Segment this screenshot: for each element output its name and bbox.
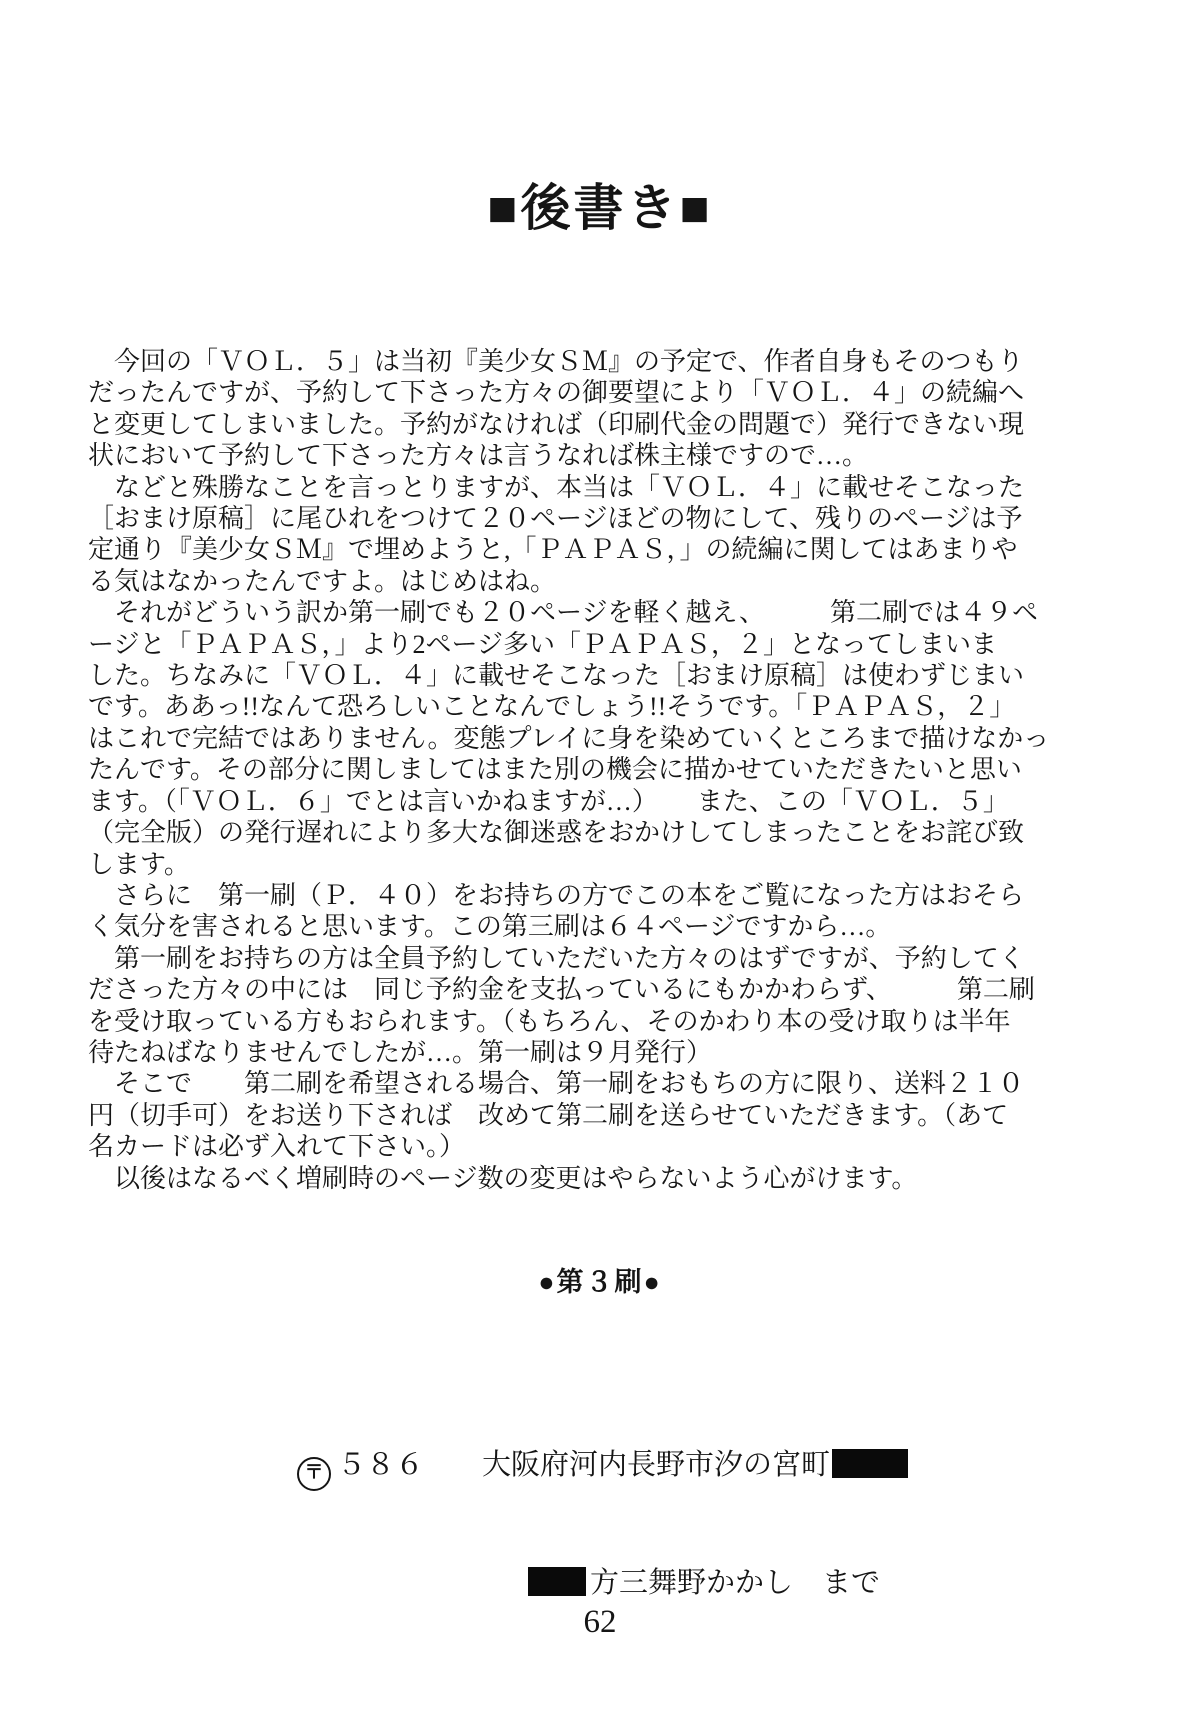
address-suffix: まで: [793, 1567, 880, 1599]
body-text-line: だったんですが、予約して下さった方々の御要望により「ＶＯＬ．４」の続編へ: [88, 377, 1123, 408]
body-text-line: さらに 第一刷（Ｐ．４０）をお持ちの方でこの本をご覧になった方はおそら: [88, 880, 1123, 911]
body-text-line: そこで 第二刷を希望される場合、第一刷をおもちの方に限り、送料２１０: [88, 1068, 1123, 1099]
body-text-line: それがどういう訳か第一刷でも２０ページを軽く越え、 第二刷では４９ペ: [88, 597, 1123, 628]
body-text-line: 状において予約して下さった方々は言うなれば株主様ですので…。: [88, 440, 1123, 471]
page-number: 62: [0, 1604, 1200, 1641]
redaction-box: [528, 1567, 586, 1596]
body-text-line: 今回の「ＶＯＬ．５」は当初『美少女ＳＭ』の予定で、作者自身もそのつもり: [88, 346, 1123, 377]
body-text-line: などと殊勝なことを言っとりますが、本当は「ＶＯＬ．４」に載せそこなった: [88, 472, 1123, 503]
body-text-line: 名カードは必ず入れて下さい。）: [88, 1131, 1123, 1162]
body-text-line: ださった方々の中には 同じ予約金を支払っているにもかかわらず、 第二刷: [88, 974, 1123, 1005]
body-text-line: たんです。その部分に関しましてはまた別の機会に描かせていただきたいと思い: [88, 754, 1123, 785]
redaction-box: [832, 1449, 908, 1478]
body-text-line: 以後はなるべく増刷時のページ数の変更はやらないよう心がけます。: [88, 1163, 1123, 1194]
addressee-name: 方三舞野かかし: [590, 1567, 793, 1599]
address-line-1: 〒５８６ 大阪府河内長野市汐の宮町: [297, 1442, 1200, 1491]
body-text-line: く気分を害されると思います。この第三刷は６４ページですから…。: [88, 911, 1123, 942]
body-text-line: です。ああっ!!なんて恐ろしいことなんでしょう!!そうです。「ＰＡＰＡＳ，２」: [88, 691, 1123, 722]
body-text-line: 円（切手可）をお送り下されば 改めて第二刷を送らせていただきます。（あて: [88, 1100, 1123, 1131]
body-text-line: します。: [88, 849, 1123, 880]
postal-mark-icon: 〒: [297, 1457, 331, 1491]
body-text-line: した。ちなみに「ＶＯＬ．４」に載せそこなった［おまけ原稿］は使わずじまい: [88, 660, 1123, 691]
body-text-line: る気はなかったんですよ。はじめはね。: [88, 566, 1123, 597]
body-text-line: （完全版）の発行遅れにより多大な御迷惑をおかけしてしまったことをお詫び致: [88, 817, 1123, 848]
body-text-line: 待たねばなりませんでしたが…。第一刷は９月発行）: [88, 1037, 1123, 1068]
printing-note: ●第３刷●: [0, 1260, 1200, 1299]
body-text-line: 定通り『美少女ＳＭ』で埋めようと,「ＰＡＰＡＳ，」の続編に関してはあまりや: [88, 534, 1123, 565]
address-line-2: 方三舞野かかし まで: [528, 1560, 1200, 1601]
body-text-line: 第一刷をお持ちの方は全員予約していただいた方々のはずですが、予約してく: [88, 943, 1123, 974]
address-text: 大阪府河内長野市汐の宮町: [482, 1449, 830, 1481]
body-text-line: はこれで完結ではありません。変態プレイに身を染めていくところまで描けなかっ: [88, 723, 1123, 754]
body-text-line: と変更してしまいました。予約がなければ（印刷代金の問題で）発行できない現: [88, 409, 1123, 440]
body-text-line: ージと「ＰＡＰＡＳ，」より2ページ多い「ＰＡＰＡＳ，２」となってしまいま: [88, 629, 1123, 660]
body-text-line: ます。（「ＶＯＬ．６」でとは言いかねますが…） また、この「ＶＯＬ．５」: [88, 786, 1123, 817]
postal-code: ５８６: [337, 1449, 482, 1481]
body-text-line: を受け取っている方もおられます。（もちろん、そのかわり本の受け取りは半年: [88, 1006, 1123, 1037]
page-title: ■後書き■: [0, 168, 1200, 240]
body-text-line: ［おまけ原稿］に尾ひれをつけて２０ページほどの物にして、残りのページは予: [88, 503, 1123, 534]
scanned-document-page: ■後書き■ 今回の「ＶＯＬ．５」は当初『美少女ＳＭ』の予定で、作者自身もそのつも…: [0, 0, 1200, 1716]
body-text: 今回の「ＶＯＬ．５」は当初『美少女ＳＭ』の予定で、作者自身もそのつもりだったんで…: [88, 346, 1123, 1194]
